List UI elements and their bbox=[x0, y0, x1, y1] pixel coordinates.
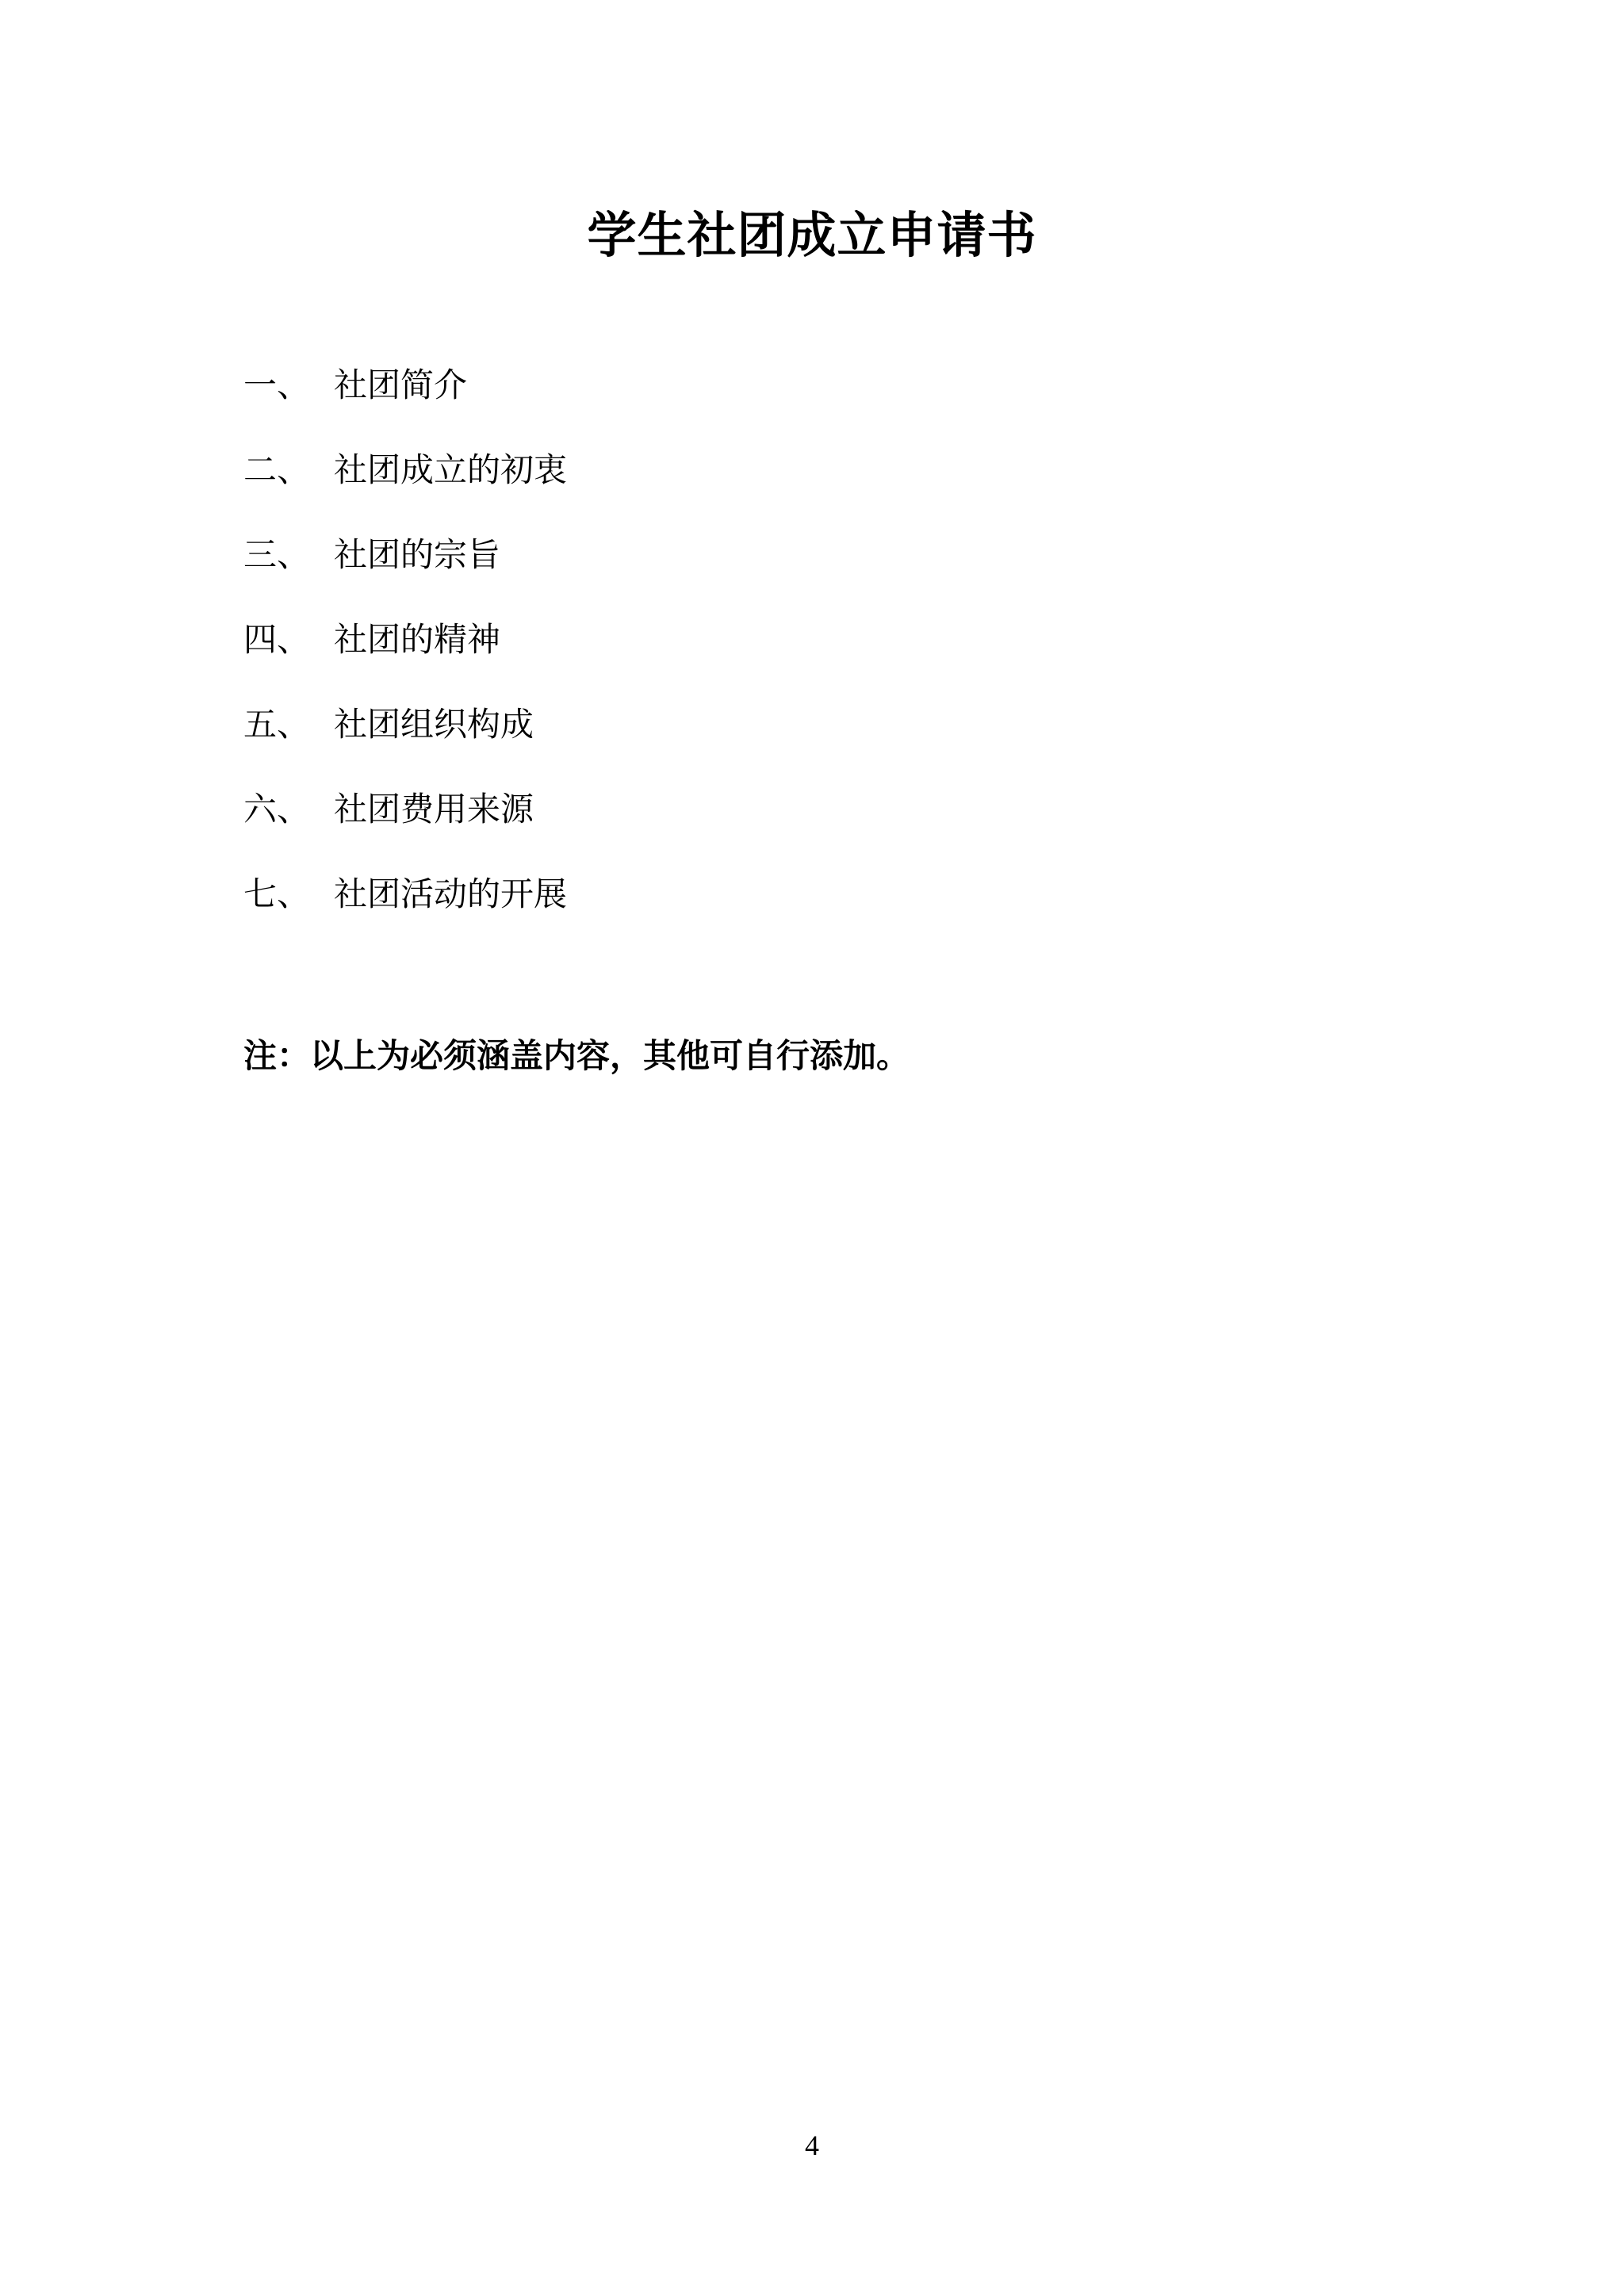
toc-item-number: 六、 bbox=[243, 768, 310, 853]
toc-item-label: 社团活动的开展 bbox=[334, 877, 567, 913]
page-number: 4 bbox=[0, 2130, 1624, 2161]
toc-item: 一、社团简介 bbox=[243, 344, 1624, 429]
toc-item-label: 社团的宗旨 bbox=[334, 538, 500, 574]
toc-item-number: 三、 bbox=[243, 514, 310, 599]
toc-item: 六、社团费用来源 bbox=[243, 768, 1624, 853]
toc-item-number: 二、 bbox=[243, 429, 310, 514]
toc-item: 三、社团的宗旨 bbox=[243, 514, 1624, 599]
page-title: 学生社团成立申请书 bbox=[0, 0, 1624, 265]
note-text: 注：以上为必须涵盖内容，其他可自行添加。 bbox=[243, 1033, 1624, 1081]
toc-item-number: 四、 bbox=[243, 599, 310, 683]
toc-item-label: 社团简介 bbox=[334, 368, 467, 404]
toc-item: 五、社团组织构成 bbox=[243, 683, 1624, 768]
toc-item-number: 七、 bbox=[243, 853, 310, 938]
toc-item-label: 社团组织构成 bbox=[334, 707, 534, 744]
toc-item: 四、社团的精神 bbox=[243, 599, 1624, 683]
toc-item-label: 社团费用来源 bbox=[334, 792, 534, 828]
toc-item-number: 一、 bbox=[243, 344, 310, 429]
toc-list: 一、社团简介 二、社团成立的初衷 三、社团的宗旨 四、社团的精神 五、社团组织构… bbox=[243, 344, 1624, 938]
toc-item: 二、社团成立的初衷 bbox=[243, 429, 1624, 514]
toc-item-label: 社团的精神 bbox=[334, 622, 500, 659]
toc-item-number: 五、 bbox=[243, 683, 310, 768]
toc-item: 七、社团活动的开展 bbox=[243, 853, 1624, 938]
document-page: 学生社团成立申请书 一、社团简介 二、社团成立的初衷 三、社团的宗旨 四、社团的… bbox=[0, 0, 1624, 2296]
toc-item-label: 社团成立的初衷 bbox=[334, 453, 567, 489]
